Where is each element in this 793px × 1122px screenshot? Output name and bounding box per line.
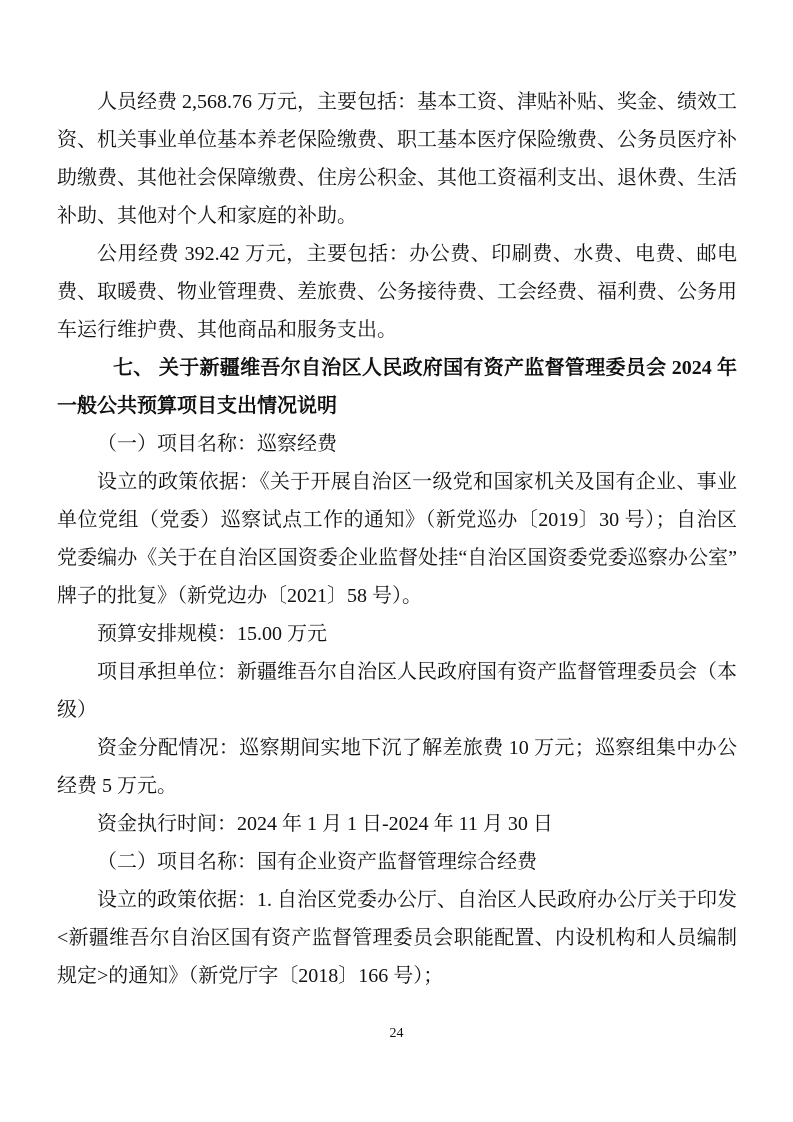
paragraph-project1-fund-allocation: 资金分配情况：巡察期间实地下沉了解差旅费 10 万元；巡察组集中办公经费 5 万… — [57, 729, 737, 805]
paragraph-project1-policy-basis: 设立的政策依据：《关于开展自治区一级党和国家机关及国有企业、事业单位党组（党委）… — [57, 463, 737, 615]
document-page: 人员经费 2,568.76 万元，主要包括：基本工资、津贴补贴、奖金、绩效工资、… — [0, 0, 793, 1122]
paragraph-project1-name: （一）项目名称：巡察经费 — [57, 425, 737, 463]
section-seven-heading: 七、 关于新疆维吾尔自治区人民政府国有资产监督管理委员会 2024 年一般公共预… — [57, 349, 737, 425]
paragraph-project1-execution-time: 资金执行时间：2024 年 1 月 1 日-2024 年 11 月 30 日 — [57, 805, 737, 843]
page-number: 24 — [0, 1024, 793, 1044]
paragraph-project1-undertaker: 项目承担单位：新疆维吾尔自治区人民政府国有资产监督管理委员会（本级） — [57, 653, 737, 729]
paragraph-project2-policy-basis: 设立的政策依据：1. 自治区党委办公厅、自治区人民政府办公厅关于印发<新疆维吾尔… — [57, 881, 737, 995]
paragraph-project1-budget-scale: 预算安排规模：15.00 万元 — [57, 615, 737, 653]
paragraph-public-expense: 公用经费 392.42 万元，主要包括：办公费、印刷费、水费、电费、邮电费、取暖… — [57, 235, 737, 349]
paragraph-project2-name: （二）项目名称：国有企业资产监督管理综合经费 — [57, 843, 737, 881]
paragraph-personnel-expense: 人员经费 2,568.76 万元，主要包括：基本工资、津贴补贴、奖金、绩效工资、… — [57, 83, 737, 235]
document-body: 人员经费 2,568.76 万元，主要包括：基本工资、津贴补贴、奖金、绩效工资、… — [57, 83, 737, 995]
